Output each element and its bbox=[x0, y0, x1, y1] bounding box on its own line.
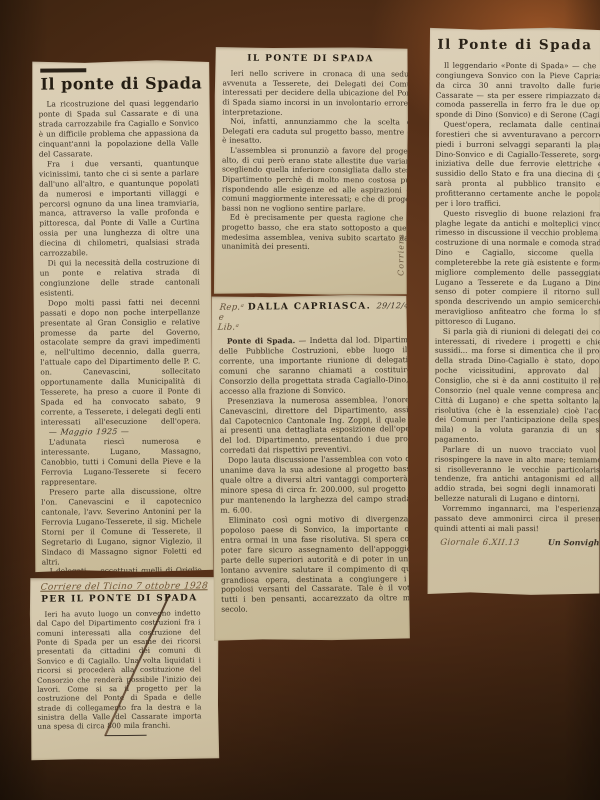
article-paragraph: Noi, infatti, annunziammo che la scelta … bbox=[222, 117, 409, 147]
handwritten-date-note: Giornale 6.XII.13 bbox=[440, 537, 520, 547]
article-paragraph: Ieri nello scrivere in cronaca di una se… bbox=[222, 69, 408, 118]
clipping-il-ponte-di-spada-middle: IL PONTE DI SPADA Ieri nello scrivere in… bbox=[213, 46, 408, 295]
article-paragraph: Dopo lauta discussione l'assemblea con v… bbox=[220, 454, 411, 515]
article-paragraph: Il leggendario «Ponte di Spada» — che un… bbox=[436, 61, 600, 121]
article-paragraph: Di qui la necessità della costruzione di… bbox=[40, 258, 200, 299]
article-paragraph: Ieri ha avuto luogo un convegno indetto … bbox=[36, 608, 201, 731]
handwritten-source-note: Rep.ᵃ e Lib.ᵃ bbox=[217, 303, 244, 333]
handwritten-date-note: 29/12/46 bbox=[376, 301, 411, 310]
handwritten-date-note: — Maggio 1925 — bbox=[40, 427, 129, 438]
article-paragraph: Quest'opera, reclamata dalle centinaia d… bbox=[435, 120, 600, 209]
article-paragraph: I delegati — eccettuati quelli di Origli… bbox=[42, 566, 202, 574]
article-paragraph: Vorremmo ingannarci, ma l'esperienza del… bbox=[434, 504, 600, 534]
article-paragraph: Parlare di un nuovo tracciato vuol dire … bbox=[434, 445, 600, 505]
article-paragraph: Questo risveglio di buone relazioni fra … bbox=[435, 208, 600, 327]
article-paragraph: Si parla già di riunioni di delegati dei… bbox=[435, 327, 600, 446]
article-paragraph: Eliminato così ogni motivo di divergenza… bbox=[220, 514, 410, 615]
clipping-dalla-capriasca: Rep.ᵃ e Lib.ᵃ DALLA CAPRIASCA. 29/12/46 … bbox=[210, 294, 410, 642]
article-paragraph: Ponte di Spada. — Indetta dal lod. Dipar… bbox=[219, 335, 411, 396]
article-paragraph: La ricostruzione del quasi leggendario p… bbox=[38, 99, 198, 160]
paragraph-lead: Ponte di Spada. bbox=[227, 336, 295, 346]
end-rule bbox=[105, 734, 147, 736]
article-paragraph: Presero parte alla discussione, oltre l'… bbox=[41, 487, 202, 567]
paragraph-text: Dopo molti passi fatti nei decenni passa… bbox=[40, 297, 201, 426]
article-paragraph: Fra i due versanti, quantunque vicinissi… bbox=[39, 158, 200, 258]
author-signature: Un Sonvighese bbox=[548, 537, 600, 547]
article-paragraph: Presenziava la numerosa assemblea, l'ono… bbox=[219, 395, 410, 456]
handwritten-source-note-vertical: Corriere bbox=[396, 233, 405, 276]
clipping-il-ponte-di-spada-right: Il Ponte di Spada Il leggendario «Ponte … bbox=[427, 27, 600, 597]
article-title: Il Ponte di Spada bbox=[436, 37, 594, 54]
photo-of-newspaper-clippings: Il ponte di Spada La ricostruzione del q… bbox=[0, 0, 600, 800]
article-title: PER IL PONTE DI SPADA bbox=[36, 593, 202, 604]
article-title: IL PONTE DI SPADA bbox=[223, 54, 399, 65]
article-title: Il ponte di Spada bbox=[38, 75, 204, 93]
handwritten-source-note: Corriere del Ticino 7 ottobre 1928 bbox=[36, 581, 213, 593]
clipping-per-il-ponte-di-spada: Corriere del Ticino 7 ottobre 1928 PER I… bbox=[29, 576, 220, 761]
clipping-il-ponte-di-spada-left: Il ponte di Spada La ricostruzione del q… bbox=[31, 59, 214, 573]
article-title: DALLA CAPRIASCA. bbox=[248, 301, 371, 312]
article-paragraph: Dopo molti passi fatti nei decenni passa… bbox=[40, 297, 201, 438]
printed-rule bbox=[40, 68, 86, 72]
article-paragraph: L'assemblea si pronunziò a favore del pr… bbox=[222, 146, 409, 214]
article-paragraph: L'adunata riescì numerosa e interessante… bbox=[41, 437, 201, 488]
article-paragraph: Ed è precisamente per questa ragione che… bbox=[222, 213, 409, 253]
